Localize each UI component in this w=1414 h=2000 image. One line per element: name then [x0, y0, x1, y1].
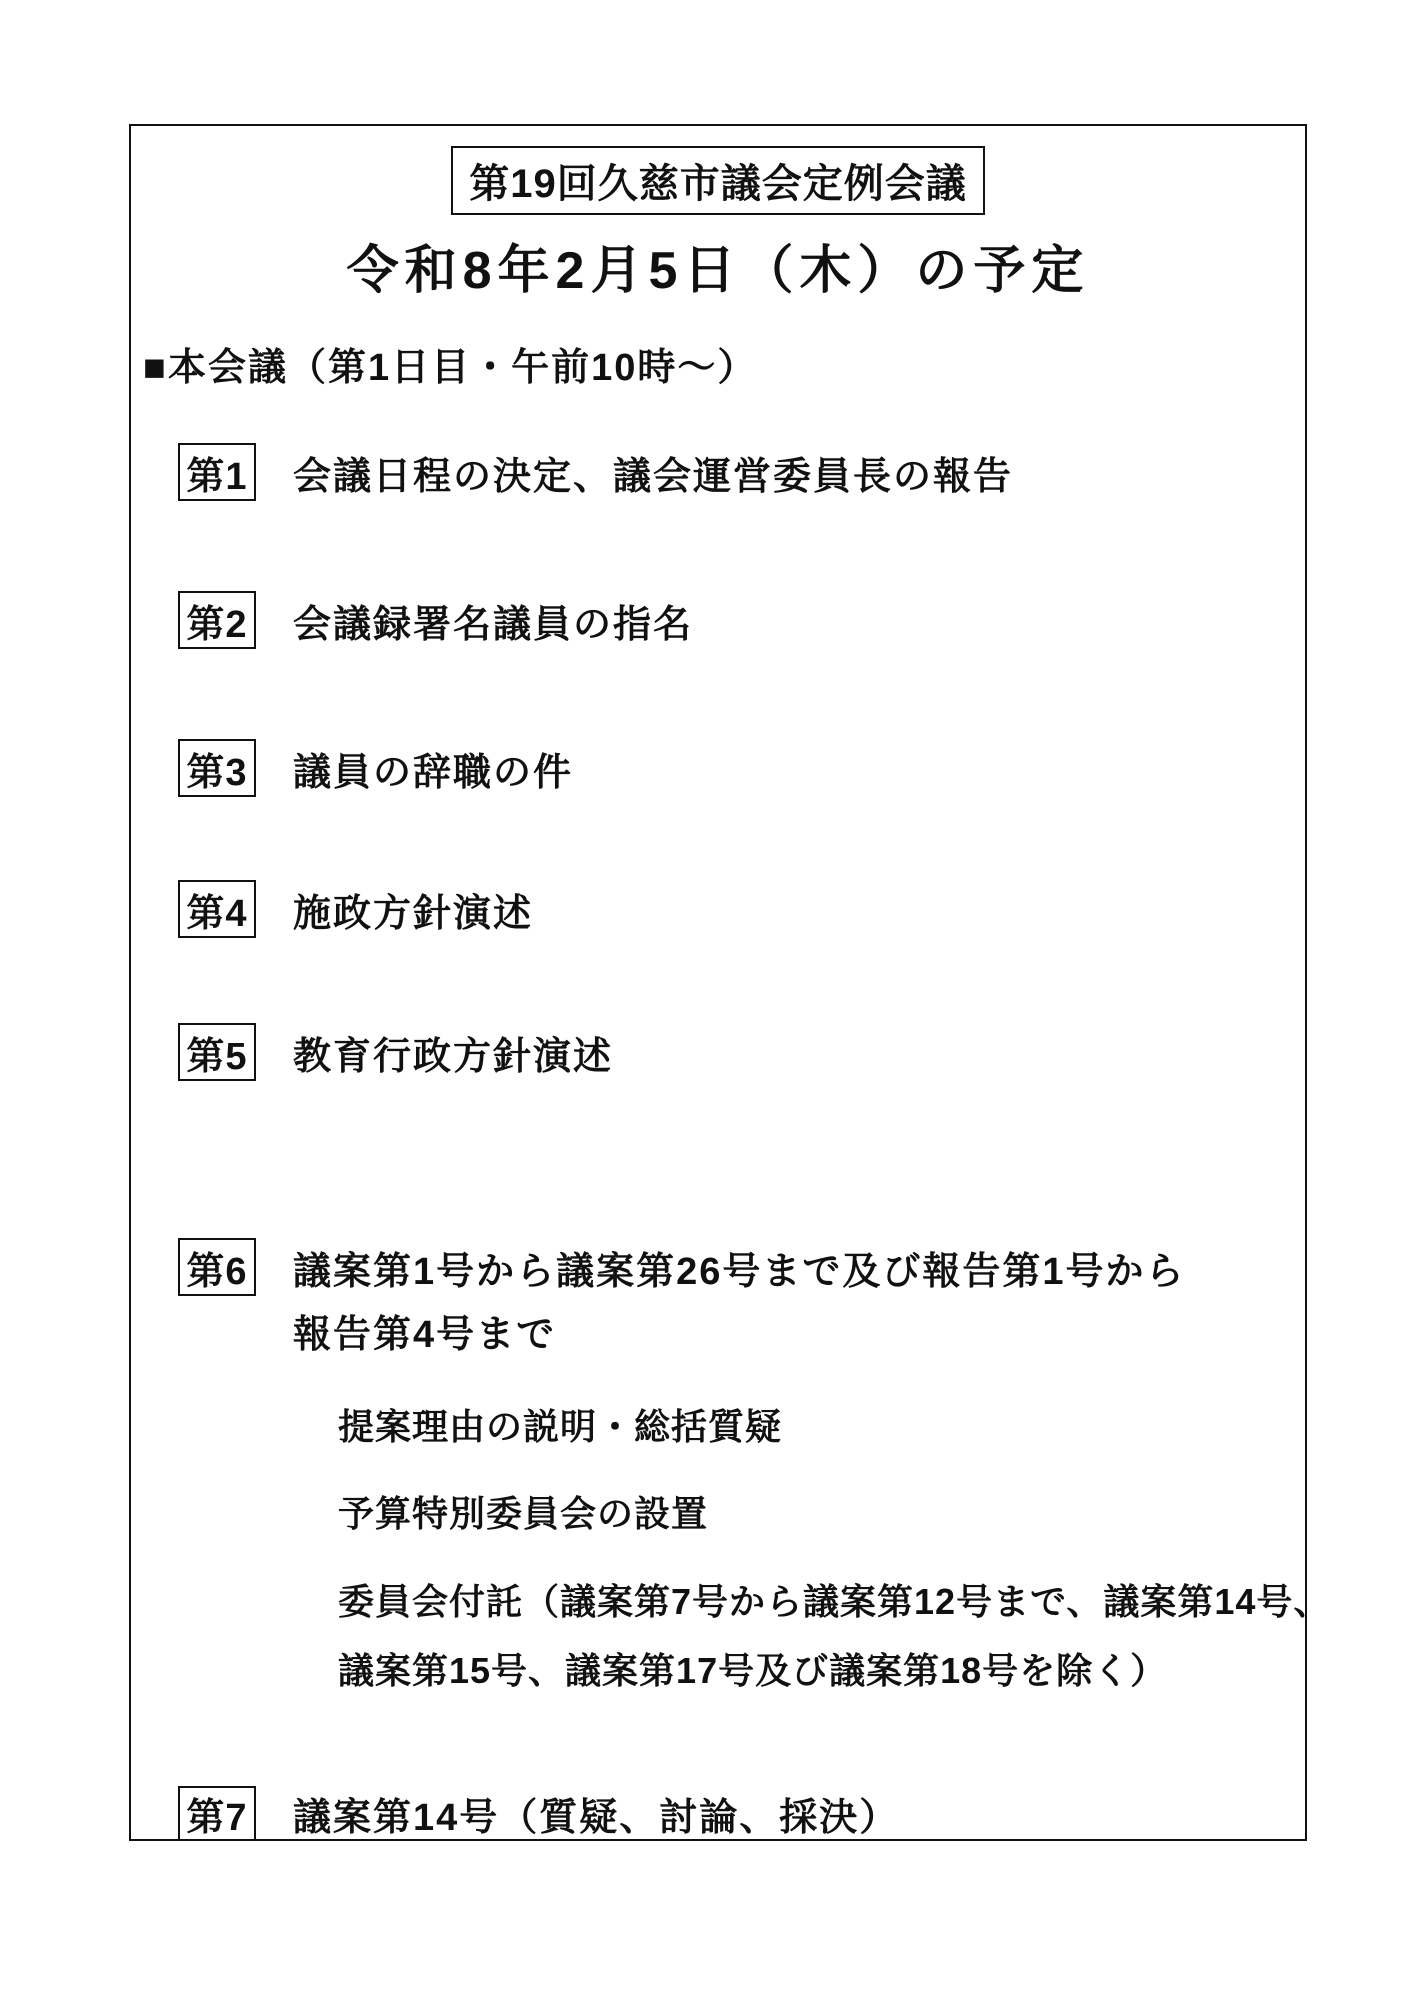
- agenda-item-6-text: 議案第1号から議案第26号まで及び報告第1号から: [293, 1240, 1186, 1295]
- agenda-item-6-sub-item-1: 提案理由の説明・総括質疑: [338, 1409, 782, 1445]
- agenda-item-2-text: 会議録署名議員の指名: [293, 593, 693, 648]
- agenda-item-2-number-box: 第2: [178, 591, 256, 649]
- agenda-item-7: 第7 議案第14号（質疑、討論、採決）: [178, 1786, 899, 1841]
- agenda-item-3-number-box: 第3: [178, 739, 256, 797]
- agenda-item-6: 第6 議案第1号から議案第26号まで及び報告第1号から: [178, 1238, 1186, 1296]
- agenda-item-3-text: 議員の辞職の件: [293, 741, 573, 796]
- document-page: 第19回久慈市議会定例会議 令和8年2月5日（木）の予定 ■本会議（第1日目・午…: [0, 0, 1414, 2000]
- agenda-item-7-text: 議案第14号（質疑、討論、採決）: [293, 1786, 899, 1841]
- agenda-item-1: 第1 会議日程の決定、議会運営委員長の報告: [178, 443, 1013, 501]
- agenda-item-6-sub-item-2: 予算特別委員会の設置: [338, 1496, 708, 1532]
- header-title-box: 第19回久慈市議会定例会議: [451, 146, 985, 215]
- agenda-item-3: 第3 議員の辞職の件: [178, 739, 573, 797]
- agenda-item-4-number-box: 第4: [178, 880, 256, 938]
- agenda-item-4-text: 施政方針演述: [293, 882, 533, 937]
- agenda-item-6-sub-item-3-continued: 議案第15号、議案第17号及び議案第18号を除く）: [338, 1653, 1167, 1689]
- date-title: 令和8年2月5日（木）の予定: [129, 243, 1307, 300]
- agenda-item-6-text-continued: 報告第4号まで: [293, 1316, 556, 1354]
- agenda-item-6-number-box: 第6: [178, 1238, 256, 1296]
- agenda-item-1-number-box: 第1: [178, 443, 256, 501]
- agenda-item-5-text: 教育行政方針演述: [293, 1025, 613, 1080]
- agenda-item-5: 第5 教育行政方針演述: [178, 1023, 613, 1081]
- agenda-item-5-number-box: 第5: [178, 1023, 256, 1081]
- agenda-item-7-number-box: 第7: [178, 1786, 256, 1841]
- agenda-item-6-sub-item-3: 委員会付託（議案第7号から議案第12号まで、議案第14号、: [338, 1584, 1330, 1620]
- header-title: 第19回久慈市議会定例会議: [469, 152, 967, 209]
- agenda-item-2: 第2 会議録署名議員の指名: [178, 591, 693, 649]
- agenda-item-4: 第4 施政方針演述: [178, 880, 533, 938]
- agenda-item-1-text: 会議日程の決定、議会運営委員長の報告: [293, 445, 1013, 500]
- section-heading: ■本会議（第1日目・午前10時～）: [143, 349, 757, 387]
